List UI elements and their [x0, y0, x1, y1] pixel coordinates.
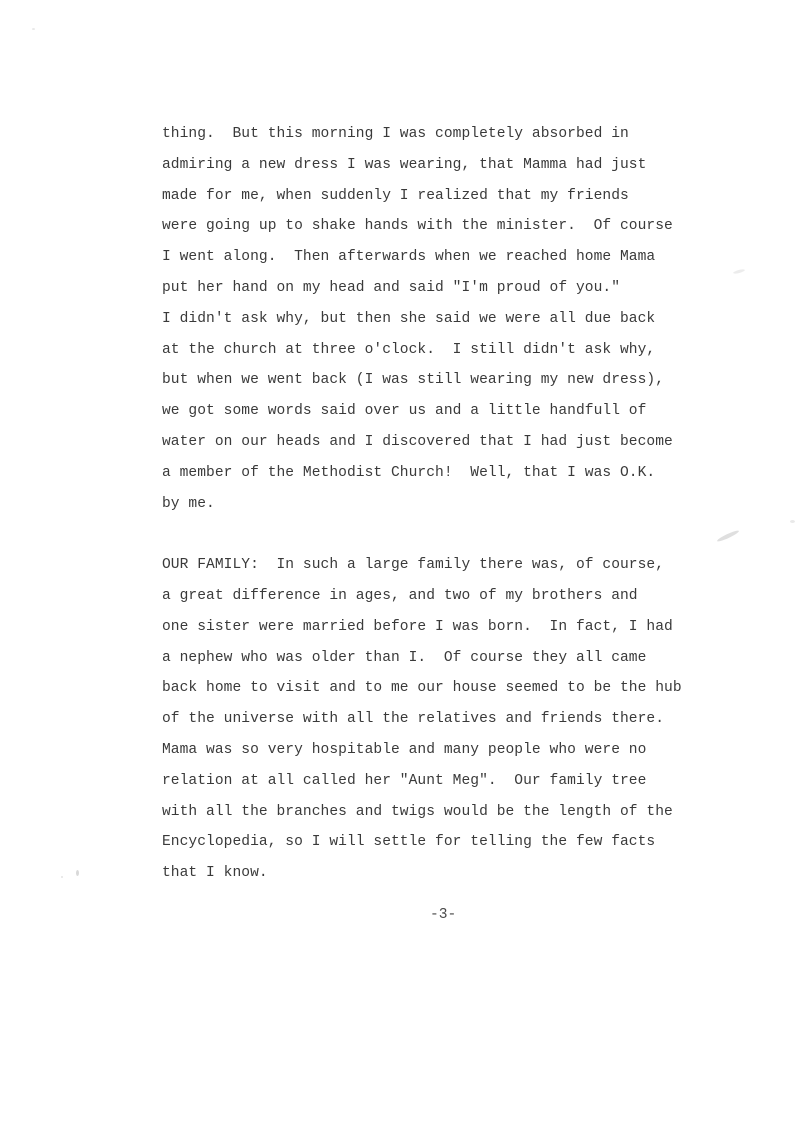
text-line: I went along. Then afterwards when we re…: [162, 242, 762, 273]
scan-smudge: [32, 28, 35, 30]
text-line: OUR FAMILY: In such a large family there…: [162, 550, 762, 581]
text-line: a nephew who was older than I. Of course…: [162, 643, 762, 674]
text-line: at the church at three o'clock. I still …: [162, 335, 762, 366]
text-line: one sister were married before I was bor…: [162, 612, 762, 643]
text-line: that I know.: [162, 858, 762, 889]
text-line: but when we went back (I was still weari…: [162, 365, 762, 396]
text-line: water on our heads and I discovered that…: [162, 427, 762, 458]
text-line: back home to visit and to me our house s…: [162, 673, 762, 704]
text-line: a great difference in ages, and two of m…: [162, 581, 762, 612]
text-line: were going up to shake hands with the mi…: [162, 211, 762, 242]
scan-smudge: [61, 876, 63, 878]
document-body: thing. But this morning I was completely…: [162, 119, 762, 889]
text-line: thing. But this morning I was completely…: [162, 119, 762, 150]
text-line: relation at all called her "Aunt Meg". O…: [162, 766, 762, 797]
text-line: Mama was so very hospitable and many peo…: [162, 735, 762, 766]
scan-smudge: [76, 870, 79, 876]
text-line: by me.: [162, 489, 762, 520]
paragraph-spacer: [162, 519, 762, 550]
document-page: thing. But this morning I was completely…: [0, 0, 800, 1123]
page-number: -3-: [430, 907, 456, 923]
text-line: we got some words said over us and a lit…: [162, 396, 762, 427]
text-line: a member of the Methodist Church! Well, …: [162, 458, 762, 489]
text-line: of the universe with all the relatives a…: [162, 704, 762, 735]
paragraph-church: thing. But this morning I was completely…: [162, 119, 762, 519]
text-line: made for me, when suddenly I realized th…: [162, 181, 762, 212]
paragraph-our-family: OUR FAMILY: In such a large family there…: [162, 550, 762, 889]
scan-smudge: [790, 520, 795, 523]
text-line: Encyclopedia, so I will settle for telli…: [162, 827, 762, 858]
text-line: with all the branches and twigs would be…: [162, 797, 762, 828]
text-line: put her hand on my head and said "I'm pr…: [162, 273, 762, 304]
text-line: admiring a new dress I was wearing, that…: [162, 150, 762, 181]
text-line: I didn't ask why, but then she said we w…: [162, 304, 762, 335]
